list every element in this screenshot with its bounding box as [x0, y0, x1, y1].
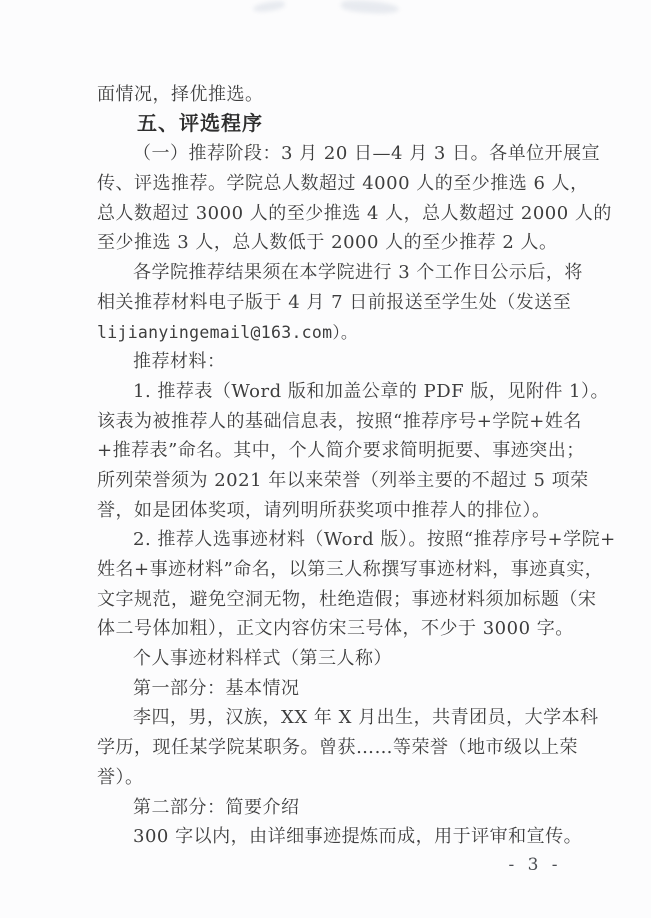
- text-line: 300 字以内，由详细事迹提炼而成，用于评审和宣传。: [97, 822, 560, 852]
- text-line: 誉，如是团体奖项，请列明所获奖项中推荐人的排位）。: [97, 496, 560, 526]
- text-line: +推荐表”命名。其中，个人简介要求简明扼要、事迹突出；: [97, 436, 560, 466]
- text-line: 2. 推荐人选事迹材料（Word 版）。按照“推荐序号+学院+: [97, 525, 560, 555]
- text-line: 推荐材料：: [97, 347, 560, 377]
- text-line: 该表为被推荐人的基础信息表，按照“推荐序号+学院+姓名: [97, 407, 560, 437]
- text-line: 个人事迹材料样式（第三人称）: [97, 644, 560, 674]
- text-line: 1. 推荐表（Word 版和加盖公章的 PDF 版，见附件 1）。: [97, 377, 560, 407]
- text-line: 体二号体加粗），正文内容仿宋三号体，不少于 3000 字。: [97, 614, 560, 644]
- text-line: 第二部分：简要介绍: [97, 793, 560, 823]
- text-line: 学历，现任某学院某职务。曾获……等荣誉（地市级以上荣: [97, 733, 560, 763]
- text-line: 各学院推荐结果须在本学院进行 3 个工作日公示后，将: [97, 258, 560, 288]
- document-body: 面情况，择优推选。五、评选程序（一）推荐阶段：3 月 20 日—4 月 3 日。…: [97, 80, 560, 852]
- scan-smudge-right: [341, 0, 400, 15]
- text-line: lijianyingemail@163.com）。: [97, 318, 560, 348]
- page-number: - 3 -: [505, 855, 565, 875]
- text-line: 李四，男，汉族，XX 年 X 月出生，共青团员，大学本科: [97, 703, 560, 733]
- text-line: 相关推荐材料电子版于 4 月 7 日前报送至学生处（发送至: [97, 288, 560, 318]
- section-heading: 五、评选程序: [97, 110, 560, 140]
- text-line: 第一部分：基本情况: [97, 674, 560, 704]
- scan-smudge-left: [253, 0, 286, 13]
- text-line: 至少推选 3 人，总人数低于 2000 人的至少推荐 2 人。: [97, 228, 560, 258]
- scanned-document-page: 面情况，择优推选。五、评选程序（一）推荐阶段：3 月 20 日—4 月 3 日。…: [0, 0, 651, 918]
- text-line: 总人数超过 3000 人的至少推选 4 人，总人数超过 2000 人的: [97, 199, 560, 229]
- text-line: 传、评选推荐。学院总人数超过 4000 人的至少推选 6 人，: [97, 169, 560, 199]
- text-line: 文字规范，避免空洞无物，杜绝造假；事迹材料须加标题（宋: [97, 585, 560, 615]
- text-line: 誉）。: [97, 763, 560, 793]
- text-line: 面情况，择优推选。: [97, 80, 560, 110]
- text-line: 所列荣誉须为 2021 年以来荣誉（列举主要的不超过 5 项荣: [97, 466, 560, 496]
- text-line: 姓名+事迹材料”命名，以第三人称撰写事迹材料，事迹真实，: [97, 555, 560, 585]
- text-line: （一）推荐阶段：3 月 20 日—4 月 3 日。各单位开展宣: [97, 139, 560, 169]
